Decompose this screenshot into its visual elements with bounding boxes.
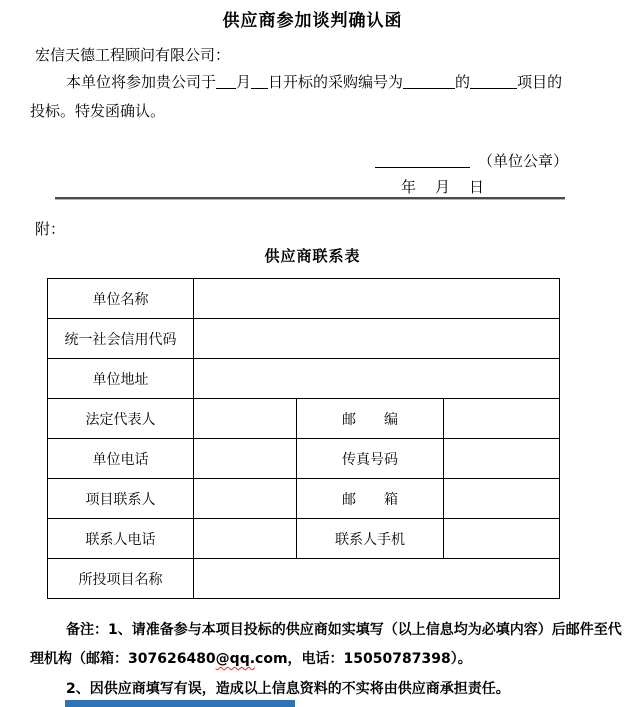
row-label: 单位地址 [48,359,194,399]
table-row: 项目联系人 邮 箱 [48,479,560,519]
value-cell[interactable] [194,519,297,559]
value-cell[interactable] [444,399,560,439]
blank-procurement-no-field[interactable] [403,73,455,89]
value-cell[interactable] [444,479,560,519]
stamp-line: （单位公章） [375,150,568,171]
value-cell[interactable] [194,559,560,599]
value-cell[interactable] [444,519,560,559]
body-line-2: 投标。特发函确认。 [30,100,165,121]
value-cell[interactable] [194,279,560,319]
table-row: 联系人电话 联系人手机 [48,519,560,559]
page-title: 供应商参加谈判确认函 [0,6,625,31]
body-text: 项目的 [517,73,562,91]
table-row: 单位名称 [48,279,560,319]
row-label: 所投项目名称 [48,559,194,599]
value-cell[interactable] [194,479,297,519]
row-label: 单位名称 [48,279,194,319]
row-label: 单位电话 [48,439,194,479]
blank-project-field[interactable] [470,73,517,89]
value-cell[interactable] [194,399,297,439]
table-row: 单位电话 传真号码 [48,439,560,479]
row-label: 联系人电话 [48,519,194,559]
document-page: 供应商参加谈判确认函 宏信天德工程顾问有限公司： 本单位将参加贵公司于月日开标的… [0,0,625,707]
row-label: 法定代表人 [48,399,194,439]
signature-blank-field[interactable] [375,151,470,168]
value-cell[interactable] [194,319,560,359]
row-label: 联系人手机 [297,519,444,559]
attachment-label: 附： [35,218,65,239]
body-text: 的 [455,73,470,91]
table-row: 单位地址 [48,359,560,399]
body-text: 日开标的采购编号为 [268,73,403,91]
table-title: 供应商联系表 [0,245,625,266]
value-cell[interactable] [194,359,560,399]
blank-day-field[interactable] [251,73,268,89]
value-cell[interactable] [194,439,297,479]
note-line-1: 备注：1、请准备参与本项目投标的供应商如实填写（以上信息均为必填内容）后邮件至代 [66,619,622,639]
table-row: 法定代表人 邮 编 [48,399,560,439]
note-text: 理机构（邮箱：307626480 [30,651,216,667]
blank-month-field[interactable] [216,73,236,89]
note-line-2: 理机构（邮箱：307626480@qq.com，电话：15050787398）。 [30,648,472,668]
bottom-accent-bar [65,700,295,707]
contact-table: 单位名称 统一社会信用代码 单位地址 法定代表人 邮 编 单位电话 传真号码 项… [47,278,560,599]
note-line-3: 2、因供应商填写有误，造成以上信息资料的不实将由供应商承担责任。 [66,678,510,698]
body-text: 月 [236,73,251,91]
row-label: 邮 箱 [297,479,444,519]
salutation: 宏信天德工程顾问有限公司： [35,44,230,65]
horizontal-divider [55,197,565,199]
table-row: 统一社会信用代码 [48,319,560,359]
stamp-label: （单位公章） [478,152,568,170]
row-label: 邮 编 [297,399,444,439]
row-label: 项目联系人 [48,479,194,519]
row-label: 传真号码 [297,439,444,479]
date-line: 年 月 日 [401,176,486,197]
body-line-1: 本单位将参加贵公司于月日开标的采购编号为的项目的 [66,71,562,92]
misspelled-email-fragment: @qq. [216,651,255,667]
table-row: 所投项目名称 [48,559,560,599]
value-cell[interactable] [444,439,560,479]
row-label: 统一社会信用代码 [48,319,194,359]
body-text: 本单位将参加贵公司于 [66,73,216,91]
note-text: com，电话：15050787398）。 [255,651,472,667]
